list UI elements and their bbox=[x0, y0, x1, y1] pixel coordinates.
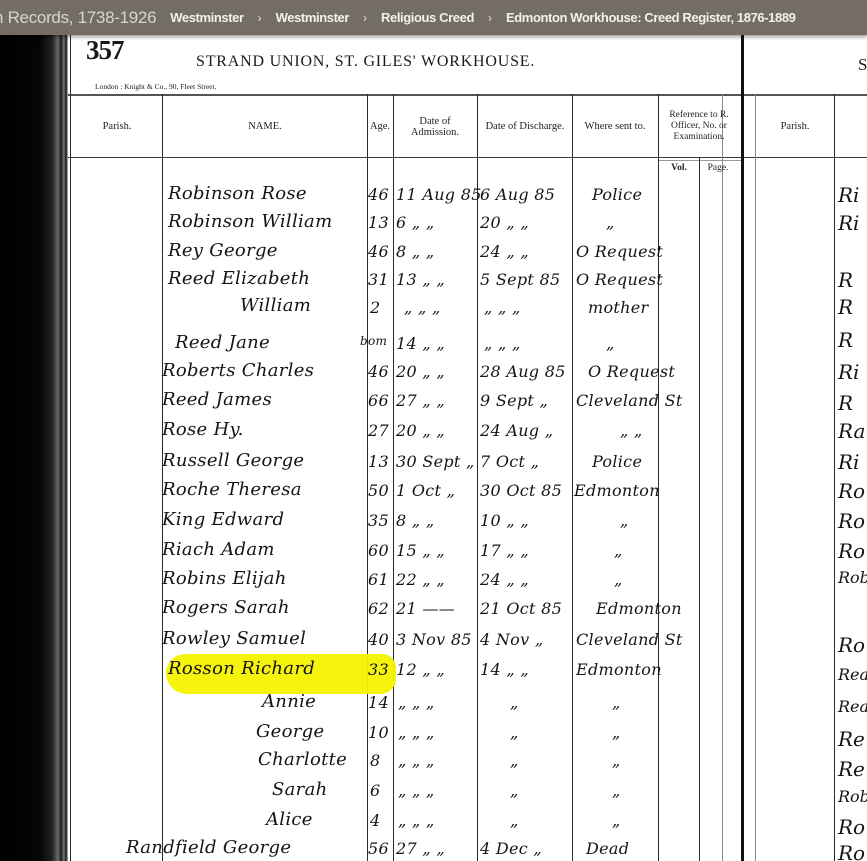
row-where-sent: „ bbox=[614, 570, 623, 589]
column-rule bbox=[699, 157, 700, 861]
chevron-right-icon: › bbox=[363, 11, 367, 25]
right-page-name-fragment: Ra bbox=[838, 419, 865, 443]
column-rule bbox=[70, 35, 71, 861]
row-where-sent: O Request bbox=[576, 242, 663, 261]
row-name: George bbox=[256, 721, 324, 742]
row-name: Annie bbox=[262, 691, 316, 712]
row-name: Roberts Charles bbox=[162, 360, 314, 381]
row-admission: 6 „ „ bbox=[396, 213, 434, 232]
row-name: Reed Elizabeth bbox=[168, 268, 310, 289]
row-admission: „ „ „ bbox=[398, 781, 435, 800]
right-page-name-fragment: Ri bbox=[838, 211, 859, 235]
right-page-name-fragment: Ro bbox=[838, 633, 865, 657]
row-discharge: 24 „ „ bbox=[480, 242, 529, 261]
row-name: Robinson William bbox=[168, 211, 332, 232]
right-page-name-fragment: Ro bbox=[838, 815, 865, 839]
row-discharge: 30 Oct 85 bbox=[480, 481, 562, 500]
row-discharge: 24 „ „ bbox=[480, 570, 529, 589]
right-page-name-fragment: Ri bbox=[838, 450, 859, 474]
row-admission: 20 „ „ bbox=[396, 362, 445, 381]
page-gutter-rule bbox=[741, 35, 744, 861]
row-discharge: „ „ „ bbox=[484, 334, 521, 353]
row-admission: „ „ „ bbox=[398, 751, 435, 770]
right-page-name-fragment: Rea bbox=[838, 697, 867, 716]
header-bottom-rule bbox=[68, 157, 867, 158]
right-page-name-fragment: Rob bbox=[838, 568, 867, 587]
chevron-right-icon: › bbox=[258, 11, 262, 25]
col-header-discharge: Date of Discharge. bbox=[484, 96, 566, 157]
row-admission: 14 „ „ bbox=[396, 334, 445, 353]
row-age: bom bbox=[360, 334, 387, 348]
row-where-sent: „ bbox=[612, 723, 621, 742]
row-name: Russell George bbox=[162, 450, 304, 471]
row-where-sent: Police bbox=[592, 185, 642, 204]
row-admission: 12 „ „ bbox=[396, 660, 445, 679]
row-age: 62 bbox=[368, 599, 389, 618]
row-name: Robinson Rose bbox=[168, 183, 307, 204]
row-discharge: 10 „ „ bbox=[480, 511, 529, 530]
breadcrumb-item-westminster-1[interactable]: Westminster bbox=[170, 10, 243, 25]
col-header-admission: Date of Admission. bbox=[400, 96, 470, 157]
row-admission: 8 „ „ bbox=[396, 242, 434, 261]
right-page-name-fragment: R bbox=[838, 328, 853, 352]
row-name: Rogers Sarah bbox=[162, 597, 290, 618]
row-where-sent: „ bbox=[606, 334, 615, 353]
row-name: Robins Elijah bbox=[162, 568, 287, 589]
row-age: 6 bbox=[370, 781, 380, 800]
right-page-name-fragment: Ro bbox=[838, 841, 865, 861]
row-where-sent: „ bbox=[612, 811, 621, 830]
row-age: 60 bbox=[368, 541, 389, 560]
right-page-name-fragment: R bbox=[838, 295, 853, 319]
row-discharge: 7 Oct „ bbox=[480, 452, 539, 471]
row-discharge: „ bbox=[510, 751, 519, 770]
row-admission: 21 —— bbox=[396, 599, 455, 618]
col-header-parish: Parish. bbox=[72, 96, 162, 157]
row-where-sent: „ „ bbox=[620, 421, 643, 440]
row-where-sent: „ bbox=[612, 751, 621, 770]
row-name: Sarah bbox=[272, 779, 328, 800]
row-age: 2 bbox=[370, 298, 380, 317]
row-name: Rowley Samuel bbox=[162, 628, 306, 649]
row-where-sent: Cleveland St bbox=[576, 630, 683, 649]
collection-title[interactable]: n Records, 1738-1926 bbox=[0, 8, 156, 28]
row-where-sent: „ bbox=[612, 693, 621, 712]
row-discharge: 17 „ „ bbox=[480, 541, 529, 560]
row-where-sent: Police bbox=[592, 452, 642, 471]
row-discharge: „ bbox=[510, 811, 519, 830]
column-rule bbox=[658, 94, 659, 861]
row-age: 33 bbox=[368, 660, 389, 679]
row-discharge: 6 Aug 85 bbox=[480, 185, 555, 204]
row-admission: 15 „ „ bbox=[396, 541, 445, 560]
row-discharge: 24 Aug „ bbox=[480, 421, 553, 440]
row-discharge: 4 Dec „ bbox=[480, 839, 542, 858]
right-page-name-fragment: R bbox=[838, 268, 853, 292]
row-name: Alice bbox=[266, 809, 313, 830]
column-rule bbox=[477, 94, 478, 861]
right-page-name-fragment: Ri bbox=[838, 360, 859, 384]
row-age: 56 bbox=[368, 839, 389, 858]
col-header-name: NAME. bbox=[163, 96, 367, 157]
right-page-name-fragment: Re bbox=[838, 757, 865, 781]
row-where-sent: O Request bbox=[576, 270, 663, 289]
row-where-sent: O Request bbox=[588, 362, 675, 381]
row-admission: „ „ „ bbox=[398, 693, 435, 712]
row-discharge: „ bbox=[510, 723, 519, 742]
document-image-viewer[interactable]: 357 STRAND UNION, ST. GILES' WORKHOUSE. … bbox=[0, 35, 867, 861]
row-discharge: 9 Sept „ bbox=[480, 391, 548, 410]
row-age: 13 bbox=[368, 452, 389, 471]
row-discharge: „ bbox=[510, 693, 519, 712]
row-discharge: 5 Sept 85 bbox=[480, 270, 561, 289]
row-name: Rose Hy. bbox=[162, 419, 244, 440]
right-page-name-fragment: Re bbox=[838, 727, 865, 751]
row-name: William bbox=[240, 295, 311, 316]
row-age: 46 bbox=[368, 242, 389, 261]
col-header-vol: Vol. bbox=[660, 161, 698, 175]
row-admission: „ „ „ bbox=[404, 298, 441, 317]
row-admission: 27 „ „ bbox=[396, 839, 445, 858]
row-admission: 27 „ „ bbox=[396, 391, 445, 410]
row-name: Reed James bbox=[162, 389, 272, 410]
row-age: 14 bbox=[368, 693, 389, 712]
right-page-name-fragment: Ro bbox=[838, 479, 865, 503]
row-discharge: „ „ „ bbox=[484, 298, 521, 317]
row-where-sent: Edmonton bbox=[596, 599, 682, 618]
column-rule bbox=[572, 94, 573, 861]
row-where-sent: „ bbox=[612, 781, 621, 800]
row-age: 8 bbox=[370, 751, 380, 770]
column-rule bbox=[162, 94, 163, 861]
row-name: Roche Theresa bbox=[162, 479, 302, 500]
row-age: 4 bbox=[370, 811, 380, 830]
column-rule bbox=[834, 94, 835, 861]
row-where-sent: Cleveland St bbox=[576, 391, 683, 410]
col-header-page: Page. bbox=[700, 161, 736, 175]
row-age: 40 bbox=[368, 630, 389, 649]
right-col-header-parish: Parish. bbox=[756, 96, 834, 157]
row-where-sent: „ bbox=[614, 541, 623, 560]
row-admission: 11 Aug 85 bbox=[396, 185, 482, 204]
right-page-name-fragment: R bbox=[838, 391, 853, 415]
row-age: 27 bbox=[368, 421, 389, 440]
row-admission: 3 Nov 85 bbox=[396, 630, 472, 649]
row-admission: 13 „ „ bbox=[396, 270, 445, 289]
row-where-sent: „ bbox=[620, 511, 629, 530]
row-name: Charlotte bbox=[258, 749, 347, 770]
column-rule bbox=[755, 94, 756, 861]
row-name: Rey George bbox=[168, 240, 278, 261]
printer-imprint: London : Knight & Co., 90, Fleet Street. bbox=[95, 82, 216, 91]
row-admission: 8 „ „ bbox=[396, 511, 434, 530]
row-age: 50 bbox=[368, 481, 389, 500]
right-page-name-fragment: Ri bbox=[838, 183, 859, 207]
row-age: 61 bbox=[368, 570, 389, 589]
col-header-reference: Reference to R. Officer, No. or Examinat… bbox=[658, 96, 740, 156]
row-age: 66 bbox=[368, 391, 389, 410]
book-binding-shadow bbox=[0, 35, 68, 861]
column-rule bbox=[367, 94, 368, 861]
row-where-sent: „ bbox=[606, 213, 615, 232]
breadcrumb-bar: n Records, 1738-1926 Westminster › Westm… bbox=[0, 0, 867, 35]
row-age: 13 bbox=[368, 213, 389, 232]
row-age: 10 bbox=[368, 723, 389, 742]
row-admission: 20 „ „ bbox=[396, 421, 445, 440]
row-discharge: 21 Oct 85 bbox=[480, 599, 562, 618]
row-discharge: 4 Nov „ bbox=[480, 630, 543, 649]
row-name: Randfield George bbox=[126, 837, 291, 858]
breadcrumb-item-westminster-2[interactable]: Westminster bbox=[276, 10, 349, 25]
row-discharge: 14 „ „ bbox=[480, 660, 529, 679]
chevron-right-icon: › bbox=[488, 11, 492, 25]
row-age: 31 bbox=[368, 270, 389, 289]
row-where-sent: mother bbox=[588, 298, 648, 317]
row-where-sent: Dead bbox=[586, 839, 629, 858]
column-rule bbox=[722, 94, 723, 861]
right-page-name-fragment: Rea bbox=[838, 665, 867, 684]
row-admission: „ „ „ bbox=[398, 811, 435, 830]
breadcrumb-item-religious-creed[interactable]: Religious Creed bbox=[381, 10, 474, 25]
right-page-title-fragment: S bbox=[858, 55, 867, 75]
row-where-sent: Edmonton bbox=[574, 481, 660, 500]
col-header-where-sent: Where sent to. bbox=[572, 96, 658, 157]
right-page-name-fragment: Rob bbox=[838, 787, 867, 806]
row-discharge: 28 Aug 85 bbox=[480, 362, 566, 381]
row-admission: 1 Oct „ bbox=[396, 481, 455, 500]
row-where-sent: Edmonton bbox=[576, 660, 662, 679]
column-rule bbox=[393, 94, 394, 861]
row-discharge: 20 „ „ bbox=[480, 213, 529, 232]
row-age: 35 bbox=[368, 511, 389, 530]
row-name: Reed Jane bbox=[175, 332, 270, 353]
page-title: STRAND UNION, ST. GILES' WORKHOUSE. bbox=[196, 53, 535, 71]
row-discharge: „ bbox=[510, 781, 519, 800]
row-admission: 22 „ „ bbox=[396, 570, 445, 589]
row-admission: „ „ „ bbox=[398, 723, 435, 742]
row-name-highlighted[interactable]: Rosson Richard bbox=[168, 658, 315, 679]
row-name: King Edward bbox=[162, 509, 284, 530]
row-admission: 30 Sept „ bbox=[396, 452, 475, 471]
row-age: 46 bbox=[368, 362, 389, 381]
right-page-name-fragment: Ro bbox=[838, 539, 865, 563]
row-name: Riach Adam bbox=[162, 539, 275, 560]
page-number: 357 bbox=[86, 35, 124, 66]
breadcrumb-item-register[interactable]: Edmonton Workhouse: Creed Register, 1876… bbox=[506, 10, 796, 25]
right-page-name-fragment: Ro bbox=[838, 509, 865, 533]
col-header-age: Age. bbox=[367, 96, 393, 157]
row-age: 46 bbox=[368, 185, 389, 204]
